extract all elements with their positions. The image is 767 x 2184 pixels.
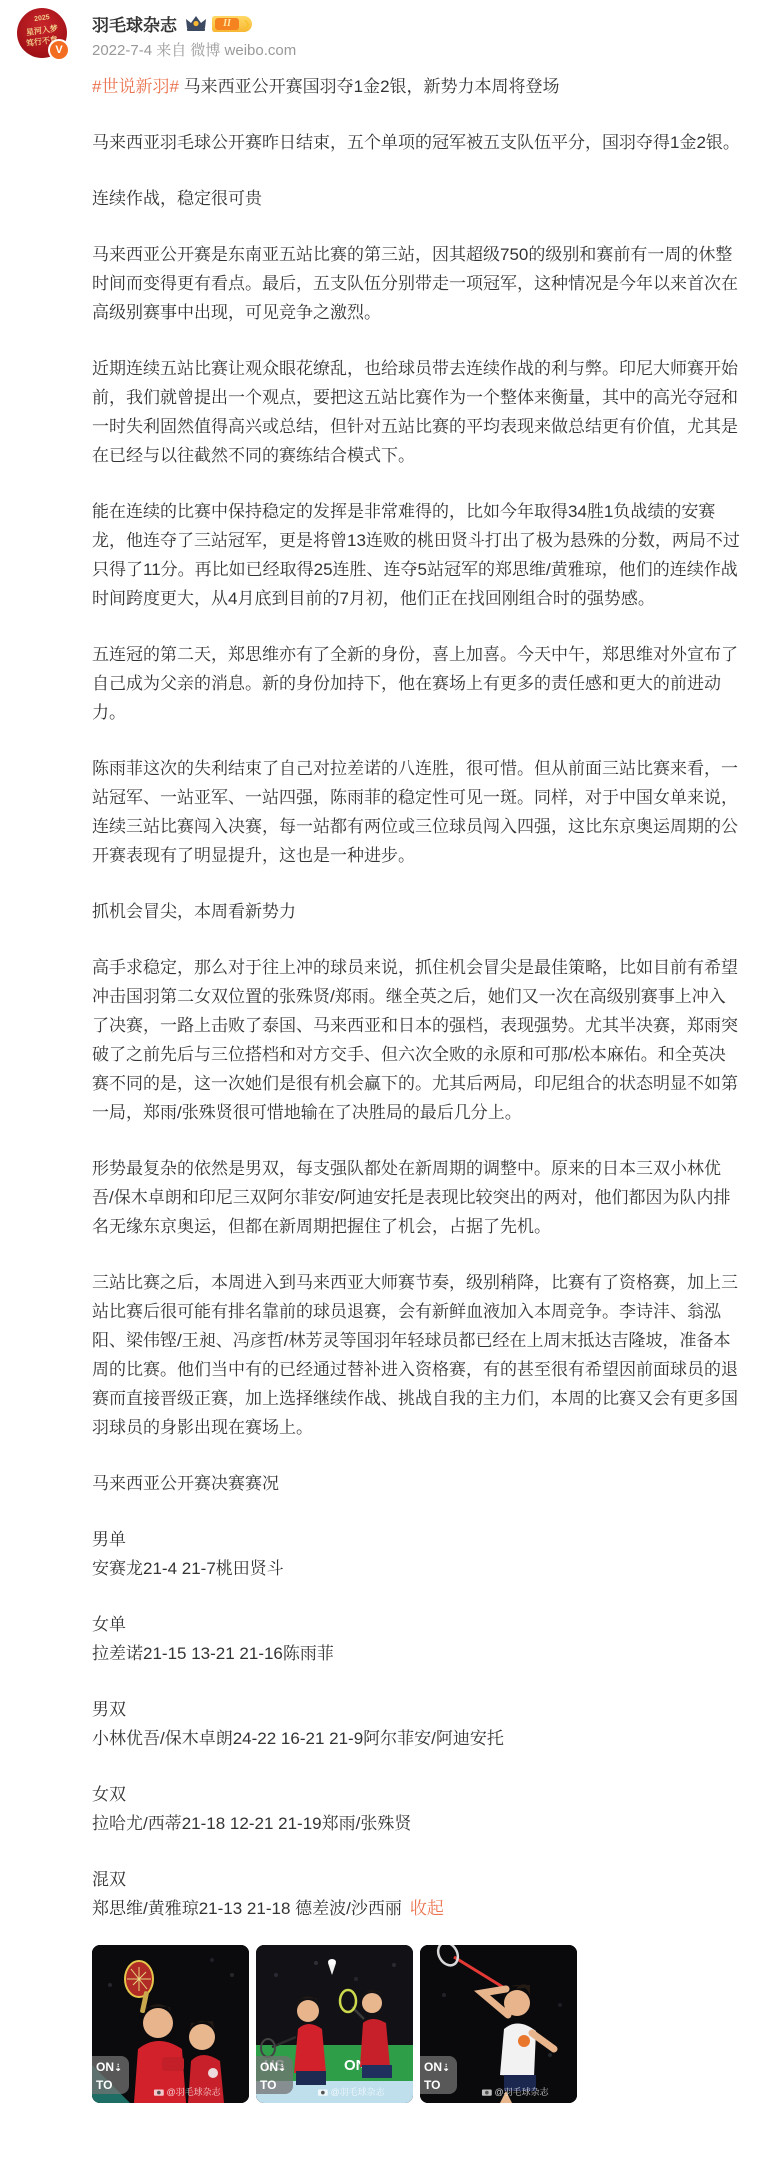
vip-level-badge[interactable]: II ❯ bbox=[212, 16, 252, 32]
weibo-post-page: 2025 星河入梦 笃行不怠 V 羽毛球杂志 II ❯ 2022-7-4 来自 … bbox=[0, 0, 767, 2184]
camera-icon bbox=[481, 2088, 491, 2096]
download-arrow-icon: ⇣ bbox=[114, 2063, 122, 2074]
result-score: 拉差诺21-15 13-21 21-16陈雨菲 bbox=[92, 1639, 742, 1668]
result-mens-singles: 男单 安赛龙21-4 21-7桃田贤斗 bbox=[92, 1525, 742, 1583]
chevron-right-icon: ❯ bbox=[243, 19, 249, 29]
watermark-text: @羽毛球杂志 bbox=[166, 2085, 220, 2098]
post-paragraph: 近期连续五站比赛让观众眼花缭乱，也给球员带去连续作战的利与弊。印尼大师赛开始前，… bbox=[92, 354, 742, 470]
photo-zhengsiwei-huangyaqiong-celebrating[interactable]: ON⇣ TO @羽毛球杂志 bbox=[92, 1945, 249, 2103]
photo-womens-doubles-rally[interactable]: US ONEX ON⇣ TO bbox=[256, 1945, 413, 2103]
result-label: 女单 bbox=[92, 1610, 742, 1639]
result-label: 女双 bbox=[92, 1780, 742, 1809]
photo-player-white-smash[interactable]: ON⇣ TO @羽毛球杂志 bbox=[420, 1945, 577, 2103]
post-paragraph: 三站比赛之后，本周进入到马来西亚大师赛节奏，级别稍降，比赛有了资格赛，加上三站比… bbox=[92, 1268, 742, 1442]
post-timestamp: 2022-7-4 来自 微博 weibo.com bbox=[92, 39, 296, 60]
post-header: 2025 星河入梦 笃行不怠 V 羽毛球杂志 II ❯ 2022-7-4 来自 … bbox=[0, 0, 767, 62]
result-score-line: 郑思维/黄雅琼21-13 21-18 德差波/沙西丽收起 bbox=[92, 1894, 742, 1923]
verified-badge: V bbox=[48, 39, 70, 61]
post-paragraph: 能在连续的比赛中保持稳定的发挥是非常难得的，比如今年取得34胜1负战绩的安赛龙，… bbox=[92, 497, 742, 613]
badminton-photo-watermark: ON⇣ TO bbox=[92, 2056, 129, 2094]
collapse-link[interactable]: 收起 bbox=[410, 1899, 444, 1918]
result-label: 男双 bbox=[92, 1695, 742, 1724]
post-paragraph: 五连冠的第二天，郑思维亦有了全新的身份，喜上加喜。今天中午，郑思维对外宣布了自己… bbox=[92, 640, 742, 727]
result-score: 郑思维/黄雅琼21-13 21-18 德差波/沙西丽 bbox=[92, 1899, 402, 1918]
author-watermark: @羽毛球杂志 bbox=[153, 2085, 220, 2098]
post-paragraph: 抓机会冒尖，本周看新势力 bbox=[92, 897, 742, 926]
watermark-text: @羽毛球杂志 bbox=[330, 2085, 384, 2098]
stamp-text: TO bbox=[260, 2078, 276, 2092]
result-score: 安赛龙21-4 21-7桃田贤斗 bbox=[92, 1554, 742, 1583]
result-label: 混双 bbox=[92, 1865, 742, 1894]
result-mixed-doubles: 混双 郑思维/黄雅琼21-13 21-18 德差波/沙西丽收起 bbox=[92, 1865, 742, 1923]
post-paragraph: 马来西亚羽毛球公开赛昨日结束，五个单项的冠军被五支队伍平分，国羽夺得1金2银。 bbox=[92, 128, 742, 157]
result-score: 小林优吾/保木卓朗24-22 16-21 21-9阿尔菲安/阿迪安托 bbox=[92, 1724, 742, 1753]
camera-icon bbox=[317, 2088, 327, 2096]
result-mens-doubles: 男双 小林优吾/保木卓朗24-22 16-21 21-9阿尔菲安/阿迪安托 bbox=[92, 1695, 742, 1753]
result-womens-doubles: 女双 拉哈尤/西蒂21-18 12-21 21-19郑雨/张殊贤 bbox=[92, 1780, 742, 1838]
badminton-photo-watermark: ON⇣ TO bbox=[420, 2056, 457, 2094]
result-score: 拉哈尤/西蒂21-18 12-21 21-19郑雨/张殊贤 bbox=[92, 1809, 742, 1838]
stamp-text: TO bbox=[96, 2078, 112, 2092]
download-arrow-icon: ⇣ bbox=[278, 2063, 286, 2074]
avatar[interactable]: 2025 星河入梦 笃行不怠 V bbox=[17, 8, 67, 58]
post-title-line: #世说新羽# 马来西亚公开赛国羽夺1金2银，新势力本周将登场 bbox=[92, 72, 742, 101]
stamp-text: ON bbox=[424, 2060, 442, 2074]
watermark-text: @羽毛球杂志 bbox=[494, 2085, 548, 2098]
topic-hashtag-link[interactable]: #世说新羽# bbox=[92, 77, 179, 96]
post-paragraph: 连续作战，稳定很可贵 bbox=[92, 184, 742, 213]
vip-crown-icon bbox=[185, 15, 207, 32]
post-title-text: 马来西亚公开赛国羽夺1金2银，新势力本周将登场 bbox=[179, 77, 560, 96]
author-watermark: @羽毛球杂志 bbox=[317, 2085, 384, 2098]
post-paragraph: 陈雨菲这次的失利结束了自己对拉差诺的八连胜，很可惜。但从前面三站比赛来看，一站冠… bbox=[92, 754, 742, 870]
stamp-text: ON bbox=[260, 2060, 278, 2074]
stamp-text: TO bbox=[424, 2078, 440, 2092]
download-arrow-icon: ⇣ bbox=[442, 2063, 450, 2074]
camera-icon bbox=[153, 2088, 163, 2096]
results-heading: 马来西亚公开赛决赛赛况 bbox=[92, 1469, 742, 1498]
stamp-text: ON bbox=[96, 2060, 114, 2074]
username[interactable]: 羽毛球杂志 bbox=[92, 11, 177, 36]
post-paragraph: 高手求稳定，那么对于往上冲的球员来说，抓住机会冒尖是最佳策略，比如目前有希望冲击… bbox=[92, 953, 742, 1127]
post-paragraph: 形势最复杂的依然是男双，每支强队都处在新周期的调整中。原来的日本三双小林优吾/保… bbox=[92, 1154, 742, 1241]
post-paragraph: 马来西亚公开赛是东南亚五站比赛的第三站，因其超级750的级别和赛前有一周的休整时… bbox=[92, 240, 742, 327]
vip-level-text: II bbox=[215, 18, 239, 30]
post-content: #世说新羽# 马来西亚公开赛国羽夺1金2银，新势力本周将登场 马来西亚羽毛球公开… bbox=[92, 72, 742, 1923]
author-watermark: @羽毛球杂志 bbox=[481, 2085, 548, 2098]
result-womens-singles: 女单 拉差诺21-15 13-21 21-16陈雨菲 bbox=[92, 1610, 742, 1668]
badminton-photo-watermark: ON⇣ TO bbox=[256, 2056, 293, 2094]
post-image-grid: ON⇣ TO @羽毛球杂志 US ONEX bbox=[92, 1945, 767, 2103]
result-label: 男单 bbox=[92, 1525, 742, 1554]
